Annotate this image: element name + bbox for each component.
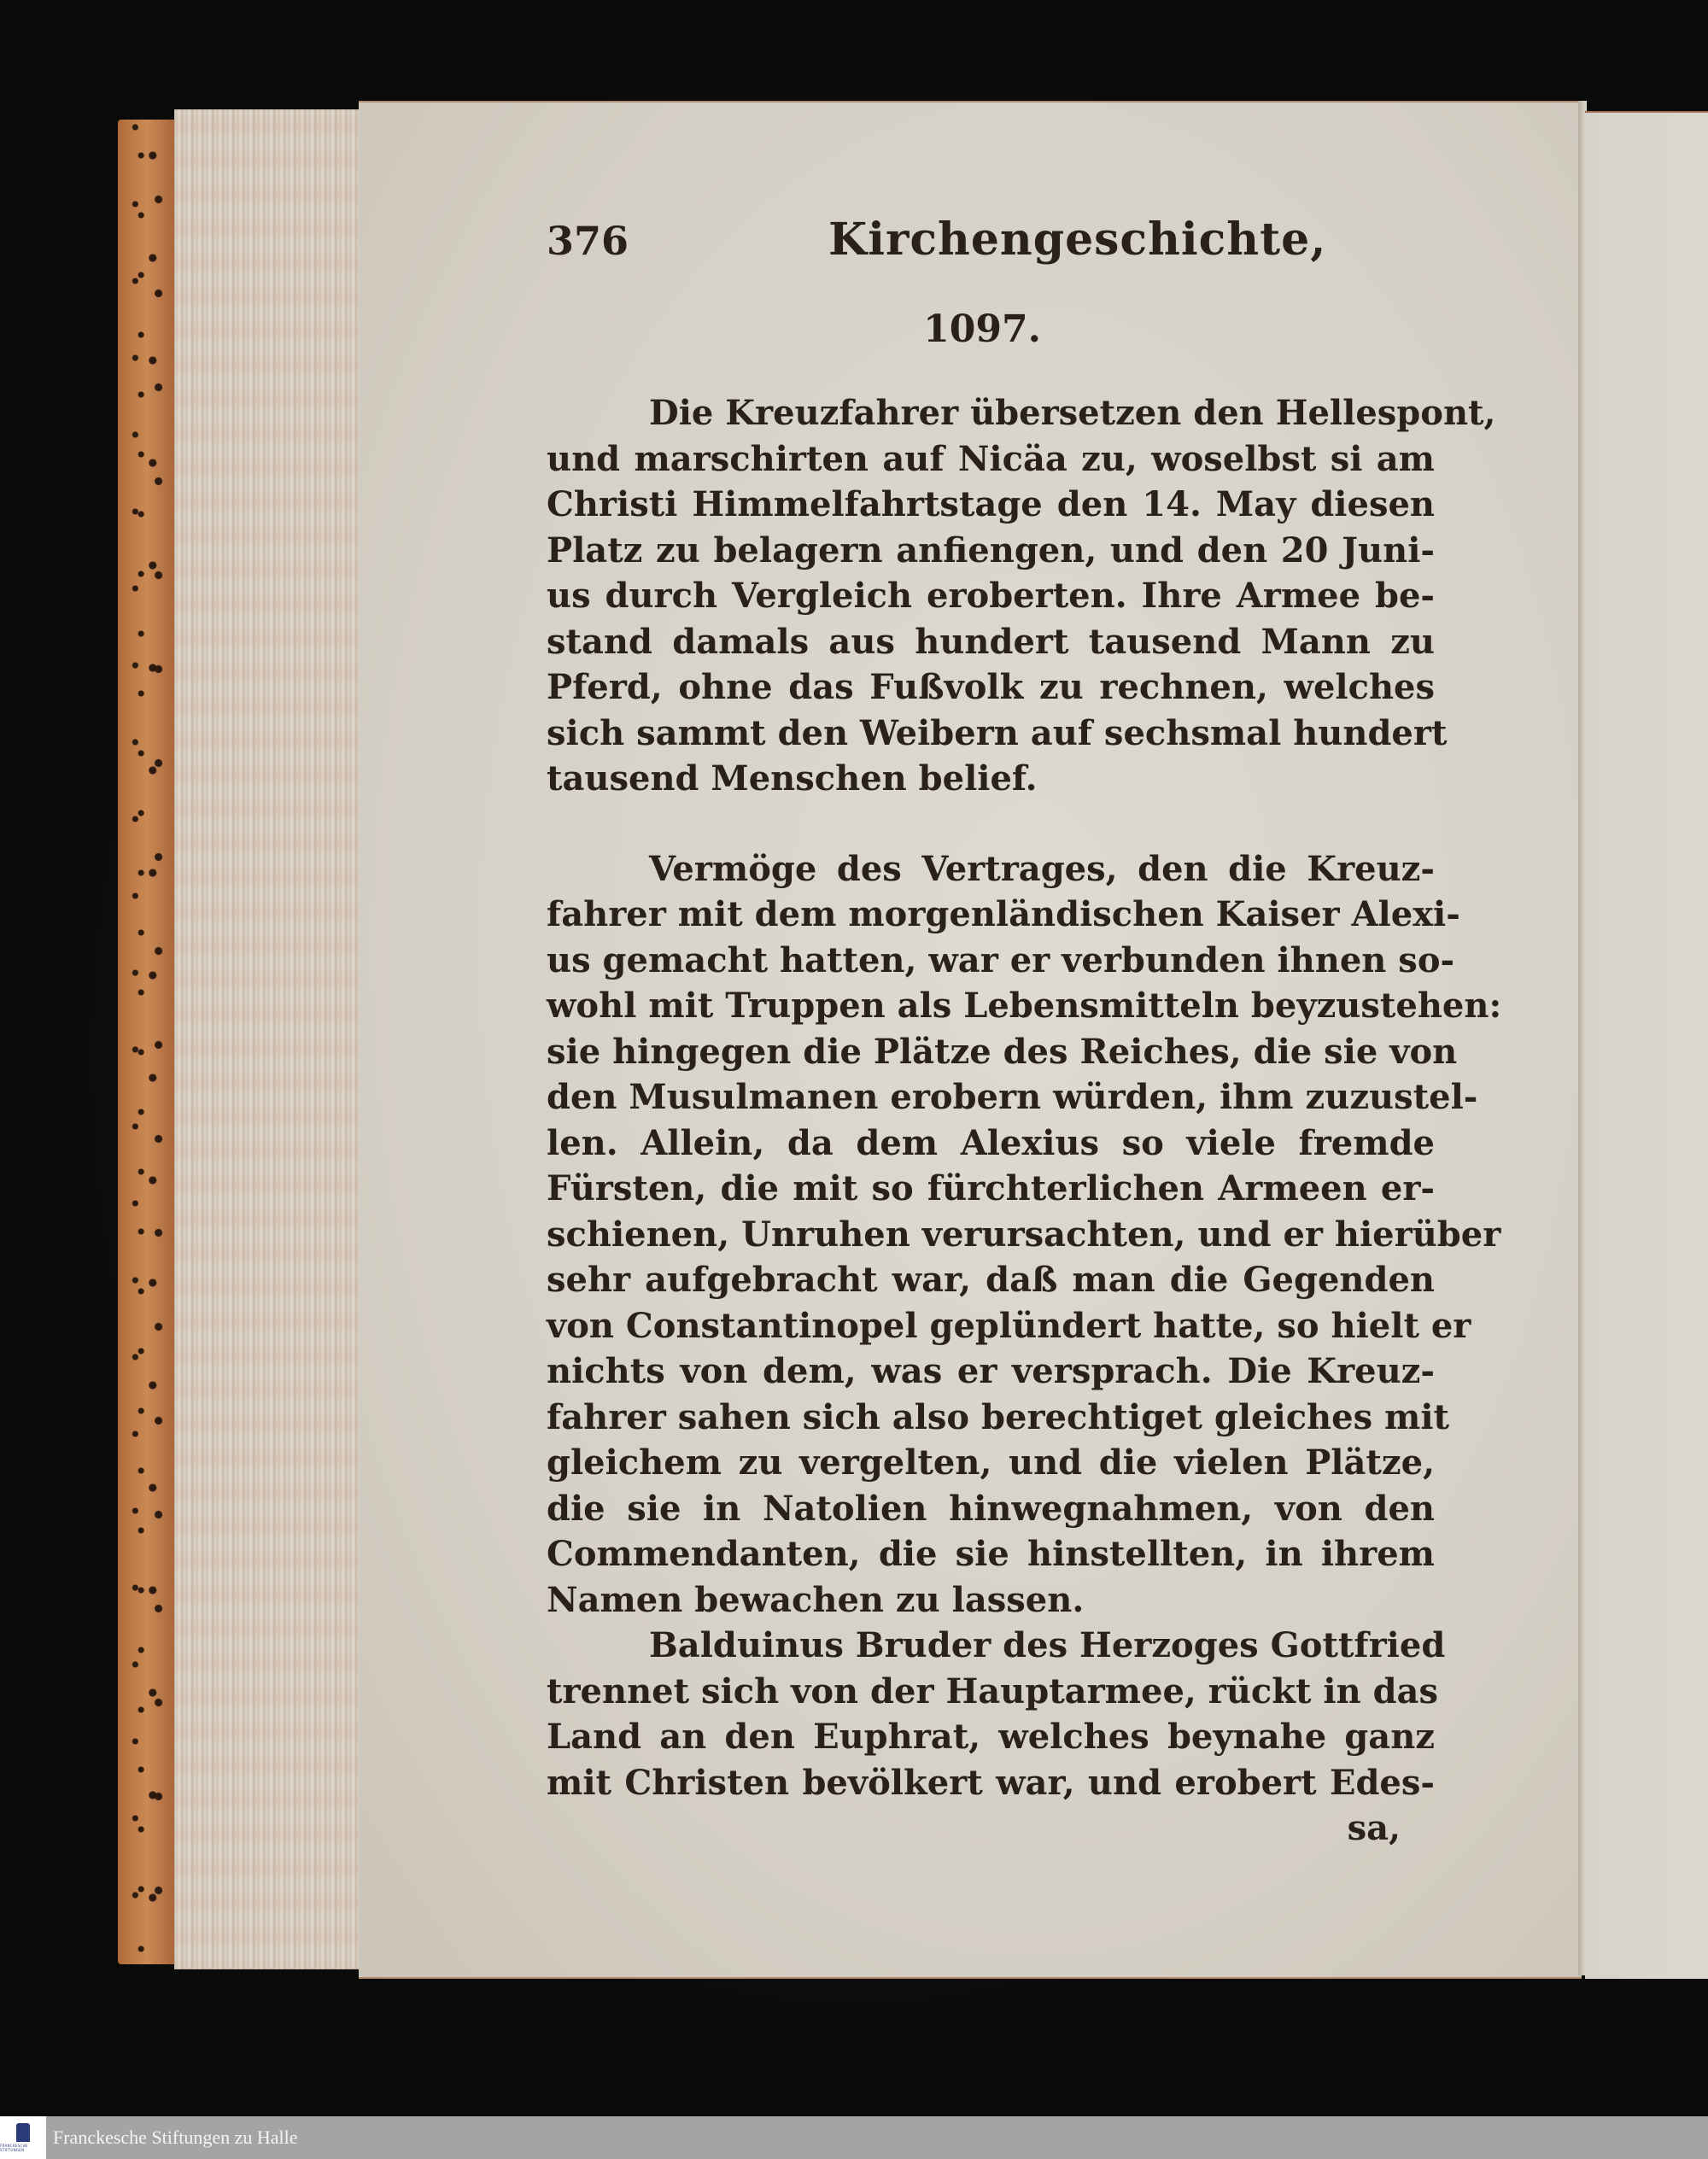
- year-heading: 1097.: [529, 307, 1435, 351]
- text-line: stand damals aus hundert tausend Mann zu: [547, 619, 1435, 665]
- text-line: fahrer mit dem morgenländischen Kaiser A…: [547, 892, 1435, 938]
- running-head: Kirchengeschichte,: [828, 214, 1326, 266]
- text-line: mit Christen bevölkert war, und erobert …: [547, 1760, 1435, 1806]
- facing-page: [1585, 111, 1708, 1979]
- text-line: wohl mit Truppen als Lebensmitteln beyzu…: [547, 983, 1435, 1029]
- institution-logo: FRANCKESCHE STIFTUNGEN: [0, 2116, 46, 2159]
- text-line: den Musulmanen erobern würden, ihm zuzus…: [547, 1074, 1435, 1120]
- statue-icon: [16, 2123, 30, 2142]
- page-text: 376 Kirchengeschichte, 1097. Die Kreuzfa…: [547, 214, 1435, 1851]
- paragraph-3: Balduinus Bruder des Herzoges Gottfried …: [547, 1623, 1435, 1805]
- paragraph-1: Die Kreuzfahrer übersetzen den Hellespon…: [547, 390, 1435, 802]
- page-number: 376: [547, 218, 666, 264]
- text-line: tausend Menschen belief.: [547, 756, 1435, 802]
- text-line: Namen bewachen zu lassen.: [547, 1577, 1435, 1624]
- text-line: sich sammt den Weibern auf sechsmal hund…: [547, 711, 1435, 757]
- book-cover-edge: [118, 120, 176, 1964]
- text-line: Commendanten, die sie hinstellten, in ih…: [547, 1531, 1435, 1577]
- text-line: sie hingegen die Plätze des Reiches, die…: [547, 1029, 1435, 1075]
- catchword: sa,: [547, 1805, 1435, 1851]
- text-line: us durch Vergleich eroberten. Ihre Armee…: [547, 573, 1435, 619]
- text-line: Christi Himmelfahrtstage den 14. May die…: [547, 482, 1435, 528]
- text-line: fahrer sahen sich also berechtiget gleic…: [547, 1395, 1435, 1441]
- paragraph-2: Vermöge des Vertrages, den die Kreuz- fa…: [547, 846, 1435, 1624]
- text-line: sehr aufgebracht war, daß man die Gegend…: [547, 1257, 1435, 1303]
- paragraph-gap: [547, 802, 1435, 846]
- text-line: us gemacht hatten, war er verbunden ihne…: [547, 938, 1435, 984]
- page-header: 376 Kirchengeschichte,: [547, 214, 1435, 290]
- text-line: Die Kreuzfahrer übersetzen den Hellespon…: [547, 390, 1435, 436]
- text-line: schienen, Unruhen verursachten, und er h…: [547, 1212, 1435, 1258]
- text-line: nichts von dem, was er versprach. Die Kr…: [547, 1349, 1435, 1395]
- text-line: Land an den Euphrat, welches beynahe gan…: [547, 1714, 1435, 1760]
- text-line: len. Allein, da dem Alexius so viele fre…: [547, 1120, 1435, 1167]
- text-line: Platz zu belagern anfiengen, und den 20 …: [547, 528, 1435, 574]
- text-line: gleichem zu vergelten, und die vielen Pl…: [547, 1440, 1435, 1486]
- footer-bar: FRANCKESCHE STIFTUNGEN Franckesche Stift…: [0, 2116, 1708, 2159]
- text-line: Vermöge des Vertrages, den die Kreuz-: [547, 846, 1435, 892]
- footer-label: Franckesche Stiftungen zu Halle: [53, 2127, 298, 2149]
- text-line: Balduinus Bruder des Herzoges Gottfried: [547, 1623, 1435, 1669]
- text-line: trennet sich von der Hauptarmee, rückt i…: [547, 1669, 1435, 1715]
- text-line: die sie in Natolien hinwegnahmen, von de…: [547, 1486, 1435, 1532]
- text-line: und marschirten auf Nicäa zu, woselbst s…: [547, 436, 1435, 483]
- text-line: von Constantinopel geplündert hatte, so …: [547, 1303, 1435, 1349]
- logo-text: FRANCKESCHE STIFTUNGEN: [0, 2144, 46, 2152]
- text-line: Pferd, ohne das Fußvolk zu rechnen, welc…: [547, 664, 1435, 711]
- page-edges: [174, 109, 362, 1969]
- text-line: Fürsten, die mit so fürchterlichen Armee…: [547, 1166, 1435, 1212]
